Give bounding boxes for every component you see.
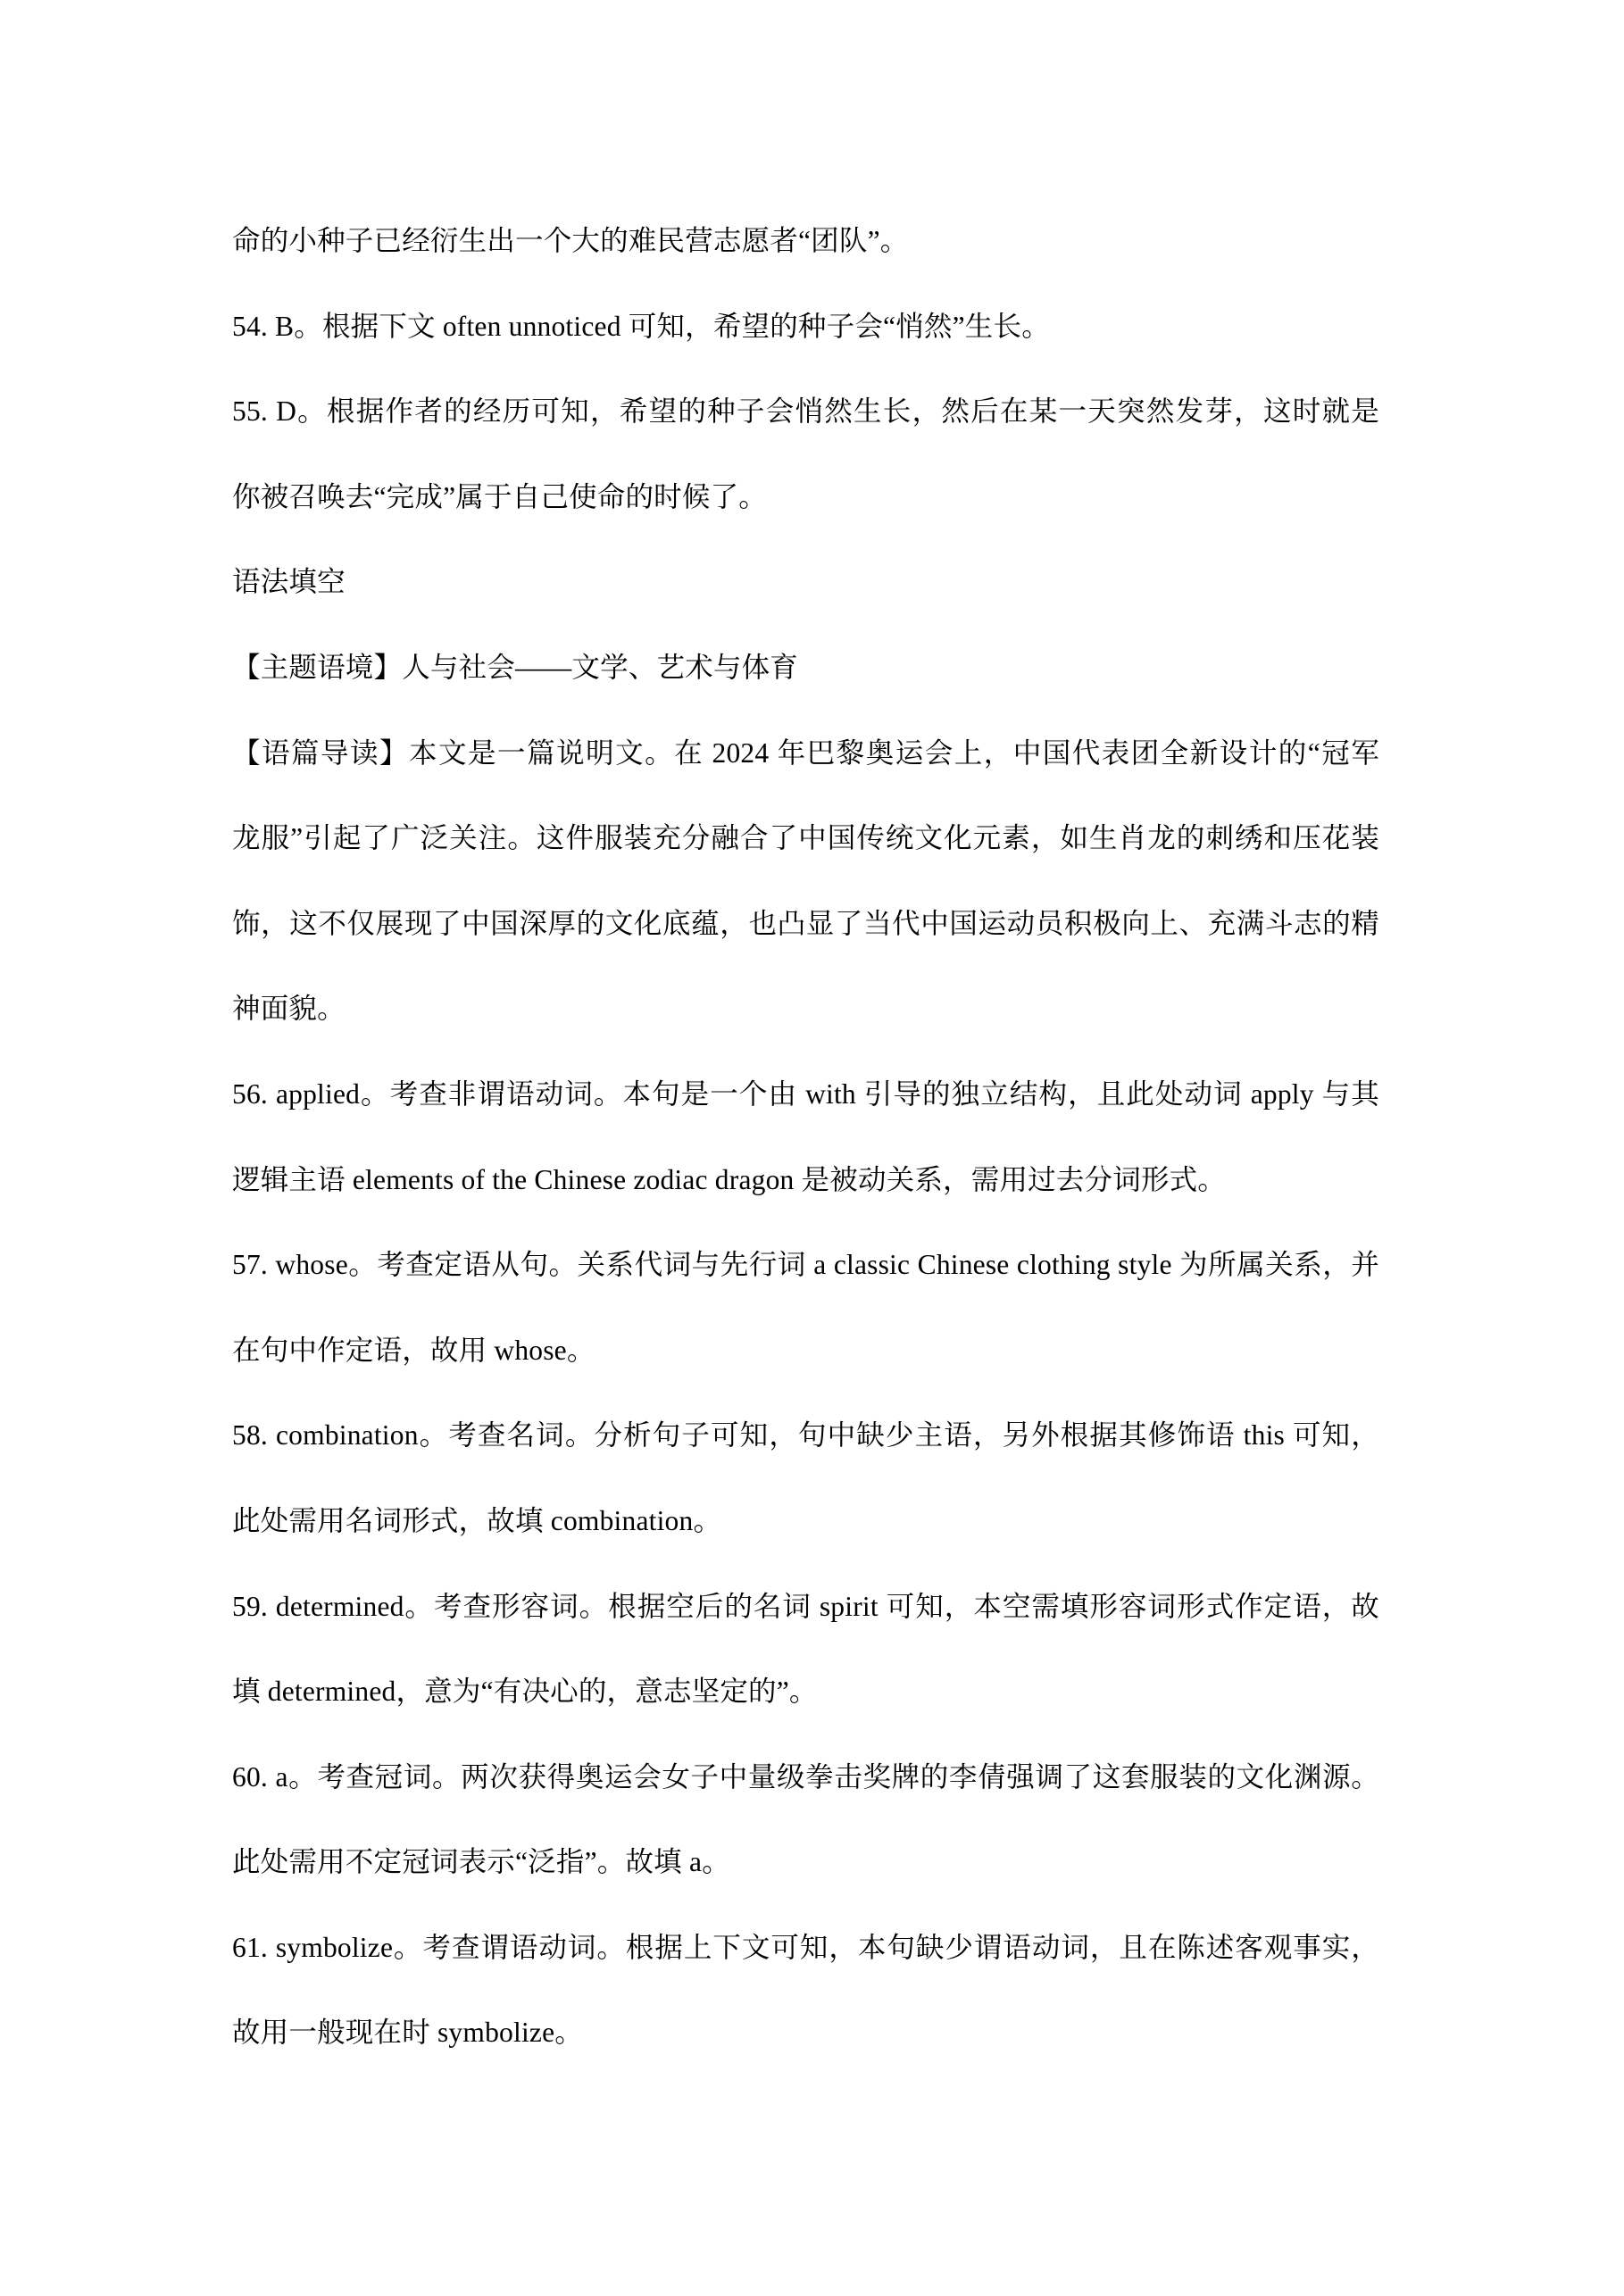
text-column: 命的小种子已经衍生出一个大的难民营志愿者“团队”。 54. B。根据下文 oft…: [232, 198, 1379, 2076]
text-line-passage-intro-1: 【语篇导读】本文是一篇说明文。在 2024 年巴黎奥运会上，中国代表团全新设计的…: [232, 711, 1379, 796]
text-line-answer54: 54. B。根据下文 often unnoticed 可知，希望的种子会“悄然”…: [232, 284, 1379, 370]
section-heading-grammar-cloze: 语法填空: [232, 539, 1379, 625]
text-line-answer55-1: 55. D。根据作者的经历可知，希望的种子会悄然生长，然后在某一天突然发芽，这时…: [232, 369, 1379, 454]
text-line-answer60-2: 此处需用不定冠词表示“泛指”。故填 a。: [232, 1819, 1379, 1905]
text-line-answer55-2: 你被召唤去“完成”属于自己使命的时候了。: [232, 454, 1379, 540]
document-page: 命的小种子已经衍生出一个大的难民营志愿者“团队”。 54. B。根据下文 oft…: [0, 0, 1624, 2296]
text-line-answer59-1: 59. determined。考查形容词。根据空后的名词 spirit 可知，本…: [232, 1564, 1379, 1650]
text-line-answer57-1: 57. whose。考查定语从句。关系代词与先行词 a classic Chin…: [232, 1222, 1379, 1308]
text-line-passage-intro-2: 龙服”引起了广泛关注。这件服装充分融合了中国传统文化元素，如生肖龙的刺绣和压花装: [232, 795, 1379, 881]
text-line-answer58-1: 58. combination。考查名词。分析句子可知，句中缺少主语，另外根据其…: [232, 1393, 1379, 1478]
text-line-answer60-1: 60. a。考查冠词。两次获得奥运会女子中量级拳击奖牌的李倩强调了这套服装的文化…: [232, 1734, 1379, 1820]
text-line-answer53-continuation: 命的小种子已经衍生出一个大的难民营志愿者“团队”。: [232, 198, 1379, 284]
text-line-theme-context: 【主题语境】人与社会——文学、艺术与体育: [232, 625, 1379, 711]
text-line-passage-intro-3: 饰，这不仅展现了中国深厚的文化底蕴，也凸显了当代中国运动员积极向上、充满斗志的精: [232, 881, 1379, 967]
text-line-answer56-2: 逻辑主语 elements of the Chinese zodiac drag…: [232, 1137, 1379, 1223]
text-line-answer57-2: 在句中作定语，故用 whose。: [232, 1308, 1379, 1393]
text-line-answer61-1: 61. symbolize。考查谓语动词。根据上下文可知，本句缺少谓语动词，且在…: [232, 1905, 1379, 1991]
text-line-answer56-1: 56. applied。考查非谓语动词。本句是一个由 with 引导的独立结构，…: [232, 1052, 1379, 1137]
text-line-answer61-2: 故用一般现在时 symbolize。: [232, 1990, 1379, 2076]
text-line-answer59-2: 填 determined，意为“有决心的，意志坚定的”。: [232, 1649, 1379, 1734]
text-line-passage-intro-4: 神面貌。: [232, 966, 1379, 1052]
text-line-answer58-2: 此处需用名词形式，故填 combination。: [232, 1478, 1379, 1564]
